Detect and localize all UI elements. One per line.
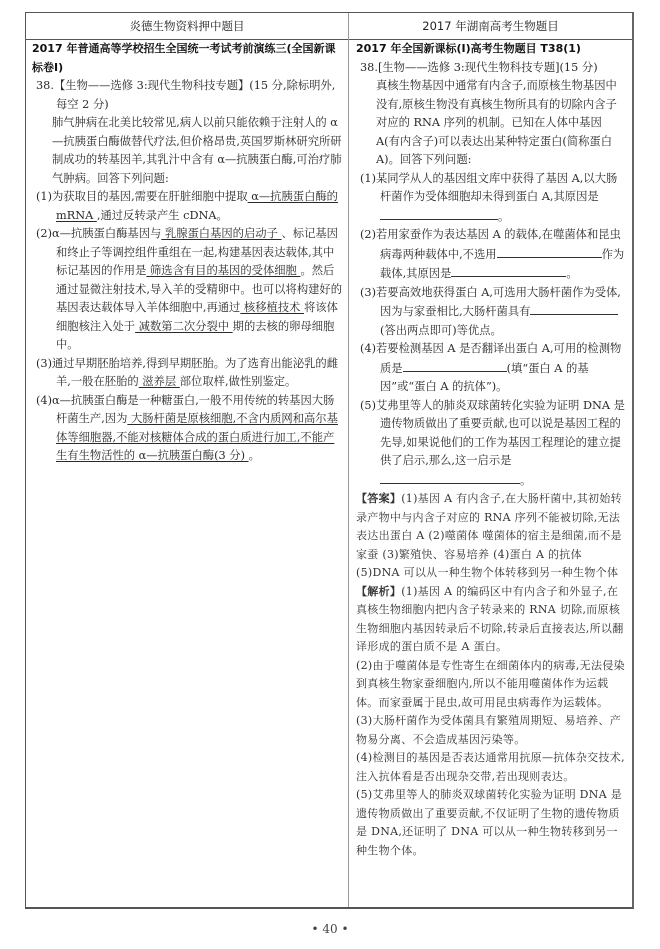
rq4-blank <box>403 359 507 372</box>
analysis-paragraph-3: (3)大肠杆菌作为受体菌具有繁殖周期短、易培养、产物易分离、不会造成基因污染等。 <box>356 712 628 749</box>
rq1-blank <box>380 207 498 220</box>
column-divider <box>348 13 349 907</box>
rq5-blank <box>380 471 520 484</box>
answer-text: (1)基因 A 有内含子,在大肠杆菌中,其初始转录产物中与内含子对应的 RNA … <box>356 492 622 579</box>
rq3-blank <box>530 302 618 315</box>
left-question-head: 38.【生物——选修 3:现代生物科技专题】(15 分,除标明外,每空 2 分) <box>36 77 342 114</box>
q2-answer-4: 减数第二次分裂中 <box>135 320 233 333</box>
analysis-paragraph-1: 【解析】(1)基因 A 的编码区中有内含子和外显子,在真核生物细胞内把内含子转录… <box>356 583 628 657</box>
answer-section: 【答案】(1)基因 A 有内含子,在大肠杆菌中,其初始转录产物中与内含子对应的 … <box>356 490 628 860</box>
right-q4: (4)若要检测基因 A 是否翻译出蛋白 A,可用的检测物质是(填“蛋白 A 的基… <box>356 340 628 397</box>
right-column-title: 2017 年湖南高考生物题目 <box>349 13 632 39</box>
q2-answer-2: 筛选含有目的基因的受体细胞 <box>146 264 300 277</box>
left-intro: 肺气肿病在北美比较常见,病人以前只能依赖于注射人的 α—抗胰蛋白酶做替代疗法,但… <box>32 114 342 188</box>
left-source-title: 2017 年普通高等学校招生全国统一考试考前演练三(全国新课标卷Ⅰ) <box>32 40 342 77</box>
left-q4: (4)α—抗胰蛋白酶是一种糖蛋白,一般不用传统的转基因大肠杆菌生产,因为 大肠杆… <box>32 392 342 466</box>
analysis-paragraph-2: (2)由于噬菌体是专性寄生在细菌体内的病毒,无法侵染到真核生物家蚕细胞内,所以不… <box>356 657 628 713</box>
rq2-blank-2 <box>451 264 566 277</box>
page-number: • 40 • <box>0 922 660 936</box>
right-q2: (2)若用家蚕作为表达基因 A 的载体,在噬菌体和昆虫病毒两种载体中,不选用作为… <box>356 226 628 284</box>
rq3-text-end: (答出两点即可)等优点。 <box>380 324 502 337</box>
right-source-title: 2017 年全国新课标(Ⅰ)高考生物题目 T38(1) <box>356 40 628 59</box>
answer-paragraph: 【答案】(1)基因 A 有内含子,在大肠杆菌中,其初始转录产物中与内含子对应的 … <box>356 490 628 583</box>
q1-text-end: ,通过反转录产生 cDNA。 <box>97 209 228 222</box>
rq2-text-end: 。 <box>566 267 577 280</box>
left-q3: (3)通过早期胚胎培养,得到早期胚胎。为了选育出能泌乳的雌羊,一般在胚胎的 滋养… <box>32 355 342 392</box>
left-column-title: 炎德生物资料押中题目 <box>26 13 348 39</box>
right-question-head: 38.[生物——选修 3:现代生物科技专题](15 分) <box>360 59 628 78</box>
right-intro: 真核生物基因中通常有内含子,而原核生物基因中没有,原核生物没有真核生物所具有的切… <box>356 77 628 170</box>
rq1-text-end: 。 <box>498 210 509 223</box>
analysis-paragraph-5: (5)艾弗里等人的肺炎双球菌转化实验为证明 DNA 是遗传物质做出了重要贡献,不… <box>356 786 628 860</box>
q4-text-end: 。 <box>249 449 260 462</box>
right-column-content: 2017 年全国新课标(Ⅰ)高考生物题目 T38(1) 38.[生物——选修 3… <box>356 40 628 907</box>
table-header-row: 炎德生物资料押中题目 2017 年湖南高考生物题目 <box>26 13 632 40</box>
right-q3: (3)若要高效地获得蛋白 A,可选用大肠杆菌作为受体,因为与家蚕相比,大肠杆菌具… <box>356 284 628 341</box>
analysis-paragraph-4: (4)检测目的基因是否表达通常用抗原—抗体杂交技术,注入抗体看是否出现杂交带,若… <box>356 749 628 786</box>
q3-answer: 滋养层 <box>139 375 180 388</box>
rq5-text-end: 。 <box>520 474 531 487</box>
q2-text: (2)α—抗胰蛋白酶基因与 <box>36 227 161 240</box>
q2-answer-3: 核移植技术 <box>240 301 304 314</box>
left-column-content: 2017 年普通高等学校招生全国统一考试考前演练三(全国新课标卷Ⅰ) 38.【生… <box>32 40 342 907</box>
rq5-text: (5)艾弗里等人的肺炎双球菌转化实验为证明 DNA 是遗传物质做出了重要贡献,也… <box>360 399 625 468</box>
left-q1: (1)为获取目的基因,需要在肝脏细胞中提取 α—抗胰蛋白酶的 mRNA ,通过反… <box>32 188 342 225</box>
rq1-text: (1)某同学从人的基因组文库中获得了基因 A,以大肠杆菌作为受体细胞却未得到蛋白… <box>360 172 617 204</box>
analysis-tag: 【解析】 <box>356 585 401 598</box>
comparison-table: 炎德生物资料押中题目 2017 年湖南高考生物题目 2017 年普通高等学校招生… <box>25 12 634 909</box>
left-q2: (2)α—抗胰蛋白酶基因与 乳腺蛋白基因的启动子 、标记基因和终止子等调控组件重… <box>32 225 342 355</box>
q2-answer-1: 乳腺蛋白基因的启动子 <box>161 227 281 240</box>
right-q1: (1)某同学从人的基因组文库中获得了基因 A,以大肠杆菌作为受体细胞却未得到蛋白… <box>356 170 628 227</box>
q1-text: (1)为获取目的基因,需要在肝脏细胞中提取 <box>36 190 248 203</box>
right-q5: (5)艾弗里等人的肺炎双球菌转化实验为证明 DNA 是遗传物质做出了重要贡献,也… <box>356 397 628 491</box>
answer-tag: 【答案】 <box>356 492 401 505</box>
rq2-blank-1 <box>497 245 602 258</box>
q3-text-end: 部位取样,做性别鉴定。 <box>180 375 297 388</box>
